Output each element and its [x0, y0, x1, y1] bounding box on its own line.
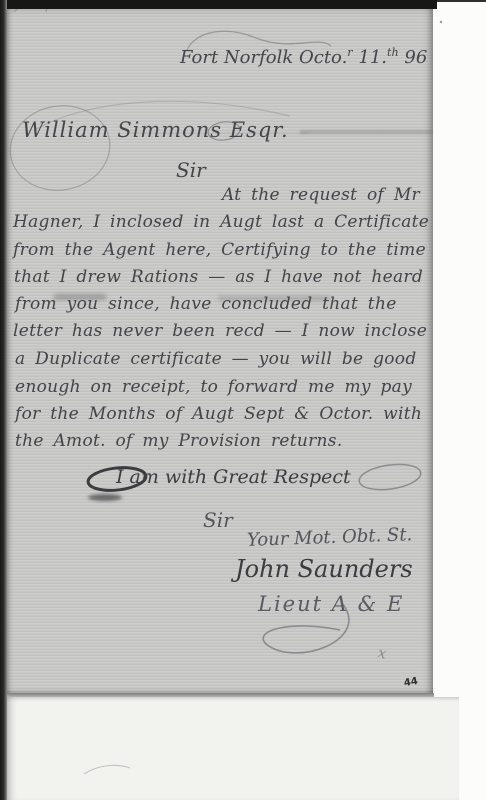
- salutation: Sir: [176, 158, 206, 182]
- body-line: letter has never been recd — I now inclo…: [13, 321, 427, 341]
- dateline-day: 11.: [353, 47, 387, 68]
- body-line: a Duplicate certificate — you will be go…: [15, 349, 417, 369]
- body-line: that I drew Rations — as I have not hear…: [14, 267, 423, 287]
- dust-speck: [440, 21, 442, 23]
- signature: John Saunders: [235, 555, 413, 583]
- dateline-year: 96: [399, 47, 428, 68]
- closing-sir: Sir: [203, 508, 233, 532]
- page-bottom-edge: [7, 693, 434, 697]
- signature-title: Lieut A & E: [258, 592, 404, 616]
- scan-top-bar: [0, 0, 437, 9]
- underlying-sheet: [7, 697, 459, 800]
- fold-crease: [300, 130, 432, 134]
- scan-left-edge: [0, 0, 7, 800]
- addressee-line: William Simmons Esqr.: [22, 118, 289, 142]
- body-line: the Amot. of my Provision returns.: [15, 431, 343, 451]
- body-line: from the Agent here, Certifying to the t…: [13, 240, 426, 260]
- ink-blot: [88, 494, 122, 501]
- body-line: for the Months of Augt Sept & Octor. wit…: [15, 404, 422, 424]
- scanned-letter-canvas: Fort Norfolk Octo.r 11.th 96 William Sim…: [0, 0, 486, 800]
- closing-line: I am with Great Respect: [116, 466, 351, 488]
- dateline: Fort Norfolk Octo.r 11.th 96: [180, 46, 427, 68]
- dateline-place-month: Fort Norfolk Octo.: [180, 47, 347, 68]
- body-line: Hagner, I inclosed in Augt last a Certif…: [13, 212, 429, 232]
- body-line: At the request of Mr: [222, 185, 420, 205]
- dateline-day-sup: th: [387, 46, 399, 59]
- body-line: enough on receipt, to forward me my pay: [15, 377, 412, 397]
- body-line: from you since, have concluded that the: [15, 294, 397, 314]
- letter-page: [7, 2, 433, 694]
